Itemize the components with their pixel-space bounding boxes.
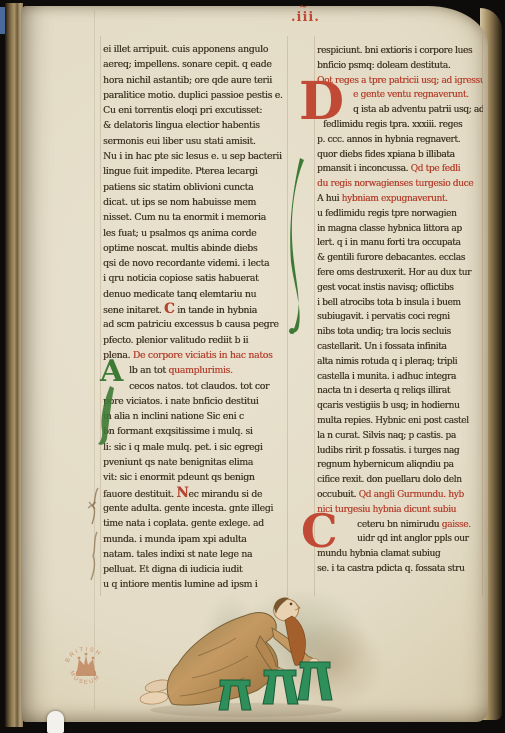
text-line: denuo medicate tanq elemtariu nu <box>103 287 287 302</box>
ink-text: ceteru bn nimirudu <box>357 520 442 530</box>
rubric-text: du regis norwagienses turgesio duce <box>317 179 473 189</box>
text-line: nici turgesiu hybnia dicunt subiu <box>317 503 483 518</box>
text-line: Cu eni torrentis eloqi pri excutisset: <box>103 103 287 118</box>
text-line: paralitice motio. duplici passioe pestis… <box>103 88 287 103</box>
ink-text: optime noscat. multis abinde diebs <box>103 243 257 254</box>
rubric-text: nici turgesiu hybnia dicunt subiu <box>317 505 456 515</box>
folio-tilde-mark: ~ <box>299 2 307 13</box>
ink-text: sermonis eui liber usu stati amisit. <box>103 136 255 147</box>
ink-text: natam. tales indixi st nate lege na <box>103 549 252 560</box>
text-line: patiens sic statim oblivioni cuncta <box>103 180 287 195</box>
text-line: dicat. ut ips se nom habuisse mem <box>103 195 287 210</box>
rubric-text: C <box>164 302 174 317</box>
ink-text: multa repies. Hybnic eni post castel <box>317 416 469 426</box>
ink-text: bn formant exqsitissime i mulq. si <box>103 426 252 437</box>
text-line: ad scm patriciu excessus b causa pegre <box>103 317 287 332</box>
ink-text: occubuit. <box>317 490 359 500</box>
manuscript-photo: ~ .iii. ei illet arripuit. cuis apponens… <box>0 0 505 733</box>
text-line: i qru noticia copiose satis habuerat <box>103 271 287 286</box>
text-line: natam. tales indixi st nate lege na <box>103 547 287 562</box>
text-line: gest vocat instis navisq; oflictibs <box>317 281 483 296</box>
ink-text: time nata i coplata. gente exlege. ad <box>103 518 264 529</box>
ink-text: li: sic i q male mulq. pet. i sic egregi <box>103 442 262 453</box>
ink-text: & gentili furore debacantes. ecclas <box>317 253 465 263</box>
ink-text: q ista ab adventu patrii usq; ad <box>353 105 483 115</box>
text-line: aereq; impellens. sonare cepit. q eade <box>103 57 287 72</box>
text-line: mundu hybnia clamat subiug <box>317 547 483 562</box>
ink-text: i qru noticia copiose satis habuerat <box>103 273 258 284</box>
ink-text: subiugavit. i pervatis coci regni <box>317 312 450 322</box>
initial-a-flourish-tail <box>96 386 118 448</box>
ink-text: fere oms destruxerit. Hor au dux tur <box>317 268 471 278</box>
ink-text: uidr qd int anglor ppls our <box>357 534 468 544</box>
ink-text: patiens sic statim oblivioni cuncta <box>103 182 253 193</box>
ink-text: ei illet arripuit. cuis apponens angulo <box>103 44 268 55</box>
rubric-text: De corpore viciatis in hac natos <box>133 350 273 361</box>
text-line: cecos natos. tot claudos. tot cor <box>103 379 287 394</box>
ink-text: gest vocat instis navisq; oflictibs <box>317 283 453 293</box>
initial-c: C <box>301 508 338 554</box>
text-line: li: sic i q male mulq. pet. i sic egregi <box>103 440 287 455</box>
ink-text: nibs tota undiq; tra locis secluis <box>317 327 451 337</box>
text-line: du regis norwagienses turgesio duce <box>317 177 483 192</box>
ink-text: regnum hybernicum aliqndiu pa <box>317 460 454 470</box>
text-line: hora nichil astantib; ore qde aure terii <box>103 73 287 88</box>
text-line: vit: sic i enormit pdeunt qs benign <box>103 470 287 485</box>
ink-text: les fuat; u psalmos qs anima corde <box>103 228 256 239</box>
ink-text: in tande in hybnia <box>174 305 256 316</box>
text-line: u fedlimidu regis tpre norwagien <box>317 207 483 222</box>
text-line: castellarit. Un i fossata infinita <box>317 340 483 355</box>
text-line: in alia n inclini natione Sic eni c <box>103 409 287 424</box>
ink-text: paralitice motio. duplici passioe pestis… <box>103 90 283 101</box>
ink-text: castellarit. Un i fossata infinita <box>317 342 446 352</box>
ink-text: pelluat. Et digna di iudicia iudit <box>103 564 242 575</box>
ink-text: se. i ta castra pdicta q. fossata stru <box>317 564 464 574</box>
text-line: cifice rexit. don puellaru dolo deln <box>317 473 483 488</box>
text-line: se. i ta castra pdicta q. fossata stru <box>317 562 483 577</box>
text-line: nisset. Cum nu ta enormit i memoria <box>103 210 287 225</box>
ink-text: respiciunt. bni extioris i corpore lues <box>317 46 472 56</box>
ink-text: p. ccc. annos in hybnia regnavert. <box>317 135 460 145</box>
ink-text: & delatoris lingua electior habentis <box>103 120 260 131</box>
text-line: time nata i coplata. gente exlege. ad <box>103 516 287 531</box>
rubric-text: hybniam expugnaverunt. <box>342 194 448 204</box>
marginal-nota-marks <box>84 486 104 582</box>
text-line: pmansit i inconcussa. Qd tpe fedli <box>317 162 483 177</box>
text-line: pelluat. Et digna di iudicia iudit <box>103 562 287 577</box>
rubric-text: N <box>176 486 188 501</box>
ink-text: ec mirandu si de <box>188 489 262 500</box>
initial-d: D <box>299 76 344 128</box>
text-line: subiugavit. i pervatis coci regni <box>317 310 483 325</box>
text-line: in magna classe hybnica littora ap <box>317 222 483 237</box>
ink-text: lb an tot <box>129 365 168 376</box>
text-line: quor diebs fides xpiana b illibata <box>317 148 483 163</box>
rubric-text: e gente ventu regnaverunt. <box>353 90 469 100</box>
text-line: respiciunt. bni extioris i corpore lues <box>317 44 483 59</box>
text-line: pore viciatos. i nate bnficio destitui <box>103 394 287 409</box>
text-line: pfecto. plenior valitudo rediit b ii <box>103 333 287 348</box>
text-line: les fuat; u psalmos qs anima corde <box>103 226 287 241</box>
ink-text: ludibs ririt p fossatis. i turges nag <box>317 446 459 456</box>
ink-text: qcaris vestigiis b usq; in hodiernu <box>317 401 459 411</box>
ink-text: denuo medicate tanq elemtariu nu <box>103 289 256 300</box>
ink-text: lingue fuit impedite. Pterea lecargi <box>103 166 257 177</box>
text-line: lb an tot quamplurimis. <box>103 363 287 378</box>
ink-text: cifice rexit. don puellaru dolo deln <box>317 475 462 485</box>
rubric-text: gaisse. <box>442 520 471 530</box>
text-line: & gentili furore debacantes. ecclas <box>317 251 483 266</box>
ink-text: sene initaret. <box>103 305 164 316</box>
ink-text: la n curat. Silvis naq; p castis. pa <box>317 431 456 441</box>
ink-text: nisset. Cum nu ta enormit i memoria <box>103 212 266 223</box>
ink-text: qsi de novo recordante videmi. i lecta <box>103 258 269 269</box>
ink-text: vit: sic i enormit pdeunt qs benign <box>103 472 255 483</box>
text-line: bn formant exqsitissime i mulq. si <box>103 424 287 439</box>
ink-text: nacta tn i deserta q reliqs illirat <box>317 386 450 396</box>
text-line: uidr qd int anglor ppls our <box>317 532 483 547</box>
ink-text: dicat. ut ips se nom habuisse mem <box>103 197 256 208</box>
text-line: p. ccc. annos in hybnia regnavert. <box>317 133 483 148</box>
initial-a: A <box>100 357 123 387</box>
text-line: lingue fuit impedite. Pterea lecargi <box>103 164 287 179</box>
ink-text: Nu i in hac pte sic lesus e. u sep bacte… <box>103 151 282 162</box>
text-line: qsi de novo recordante videmi. i lecta <box>103 256 287 271</box>
ink-text: fauore destituit. <box>103 489 176 500</box>
ink-text: pveniunt qs nate benignitas elima <box>103 457 253 468</box>
ink-text: cecos natos. tot claudos. tot cor <box>129 381 269 392</box>
text-line: sermonis eui liber usu stati amisit. <box>103 134 287 149</box>
rubric-text: quamplurimis. <box>168 365 232 376</box>
text-line: optime noscat. multis abinde diebs <box>103 241 287 256</box>
text-line: lert. q i in manu forti tra occupata <box>317 236 483 251</box>
text-line: A hui hybniam expugnaverunt. <box>317 192 483 207</box>
text-line: occubuit. Qd angli Gurmundu. hyb <box>317 488 483 503</box>
text-line: fere oms destruxerit. Hor au dux tur <box>317 266 483 281</box>
marginal-illustration-kneeling-man <box>128 592 360 722</box>
ink-text: ad scm patriciu excessus b causa pegre <box>103 319 279 330</box>
ink-text: u fedlimidu regis tpre norwagien <box>317 209 456 219</box>
text-line: pveniunt qs nate benignitas elima <box>103 455 287 470</box>
rubric-text: Qd angli Gurmundu. hyb <box>359 490 464 500</box>
text-line: Nu i in hac pte sic lesus e. u sep bacte… <box>103 149 287 164</box>
ink-text: in alia n inclini natione Sic eni c <box>103 411 244 422</box>
ink-text: bnficio psmq: doleam destituta. <box>317 61 450 71</box>
text-line: castella i munita. i adhuc integra <box>317 370 483 385</box>
text-line: nibs tota undiq; tra locis secluis <box>317 325 483 340</box>
bookmark-tab <box>47 711 64 733</box>
text-line: sene initaret. C in tande in hybnia <box>103 302 287 317</box>
text-column-left: ei illet arripuit. cuis apponens anguloa… <box>103 42 287 593</box>
text-line: alta nimis rotuda q i pleraq; tripli <box>317 355 483 370</box>
british-museum-stamp: BRITISH MUSEUM <box>63 641 109 693</box>
ink-text: i bell atrocibs tota b insula i buem <box>317 298 461 308</box>
rubric-text: Qd tpe fedli <box>411 164 461 174</box>
text-line: ludibs ririt p fossatis. i turges nag <box>317 444 483 459</box>
ink-text: pore viciatos. i nate bnficio destitui <box>103 396 258 407</box>
text-line: regnum hybernicum aliqndiu pa <box>317 458 483 473</box>
text-line: munda. i munda ipam xpi adulta <box>103 532 287 547</box>
intercolumn-green-flourish <box>286 158 310 340</box>
ink-text: munda. i munda ipam xpi adulta <box>103 534 246 545</box>
text-line: ceteru bn nimirudu gaisse. <box>317 518 483 533</box>
ink-text: pfecto. plenior valitudo rediit b ii <box>103 335 248 346</box>
text-line: ei illet arripuit. cuis apponens angulo <box>103 42 287 57</box>
gutter-fold-line <box>94 10 95 710</box>
text-line: plena. De corpore viciatis in hac natos <box>103 348 287 363</box>
text-line: gente adulta. gente incesta. gnte illegi <box>103 501 287 516</box>
text-line: multa repies. Hybnic eni post castel <box>317 414 483 429</box>
text-line: i bell atrocibs tota b insula i buem <box>317 296 483 311</box>
ink-text: alta nimis rotuda q i pleraq; tripli <box>317 357 457 367</box>
ink-text: gente adulta. gente incesta. gnte illegi <box>103 503 273 514</box>
book-gutter-page-edges <box>5 3 23 727</box>
ink-text: hora nichil astantib; ore qde aure terii <box>103 75 272 86</box>
ink-text: quor diebs fides xpiana b illibata <box>317 150 455 160</box>
ink-text: Cu eni torrentis eloqi pri excutisset: <box>103 105 262 116</box>
text-line: fauore destituit. Nec mirandu si de <box>103 486 287 501</box>
text-line: qcaris vestigiis b usq; in hodiernu <box>317 399 483 414</box>
ink-text: aereq; impellens. sonare cepit. q eade <box>103 59 271 70</box>
svg-text:BRITISH: BRITISH <box>65 647 103 664</box>
ink-text: pmansit i inconcussa. <box>317 164 411 174</box>
text-line: la n curat. Silvis naq; p castis. pa <box>317 429 483 444</box>
head-looking-up <box>274 597 301 621</box>
text-line: nacta tn i deserta q reliqs illirat <box>317 384 483 399</box>
ink-text: lert. q i in manu forti tra occupata <box>317 238 460 248</box>
ink-text: in magna classe hybnica littora ap <box>317 224 462 234</box>
text-line: & delatoris lingua electior habentis <box>103 118 287 133</box>
ink-text: castella i munita. i adhuc integra <box>317 372 456 382</box>
folio-number: ~ .iii. <box>291 10 320 25</box>
ink-text: A hui <box>317 194 342 204</box>
